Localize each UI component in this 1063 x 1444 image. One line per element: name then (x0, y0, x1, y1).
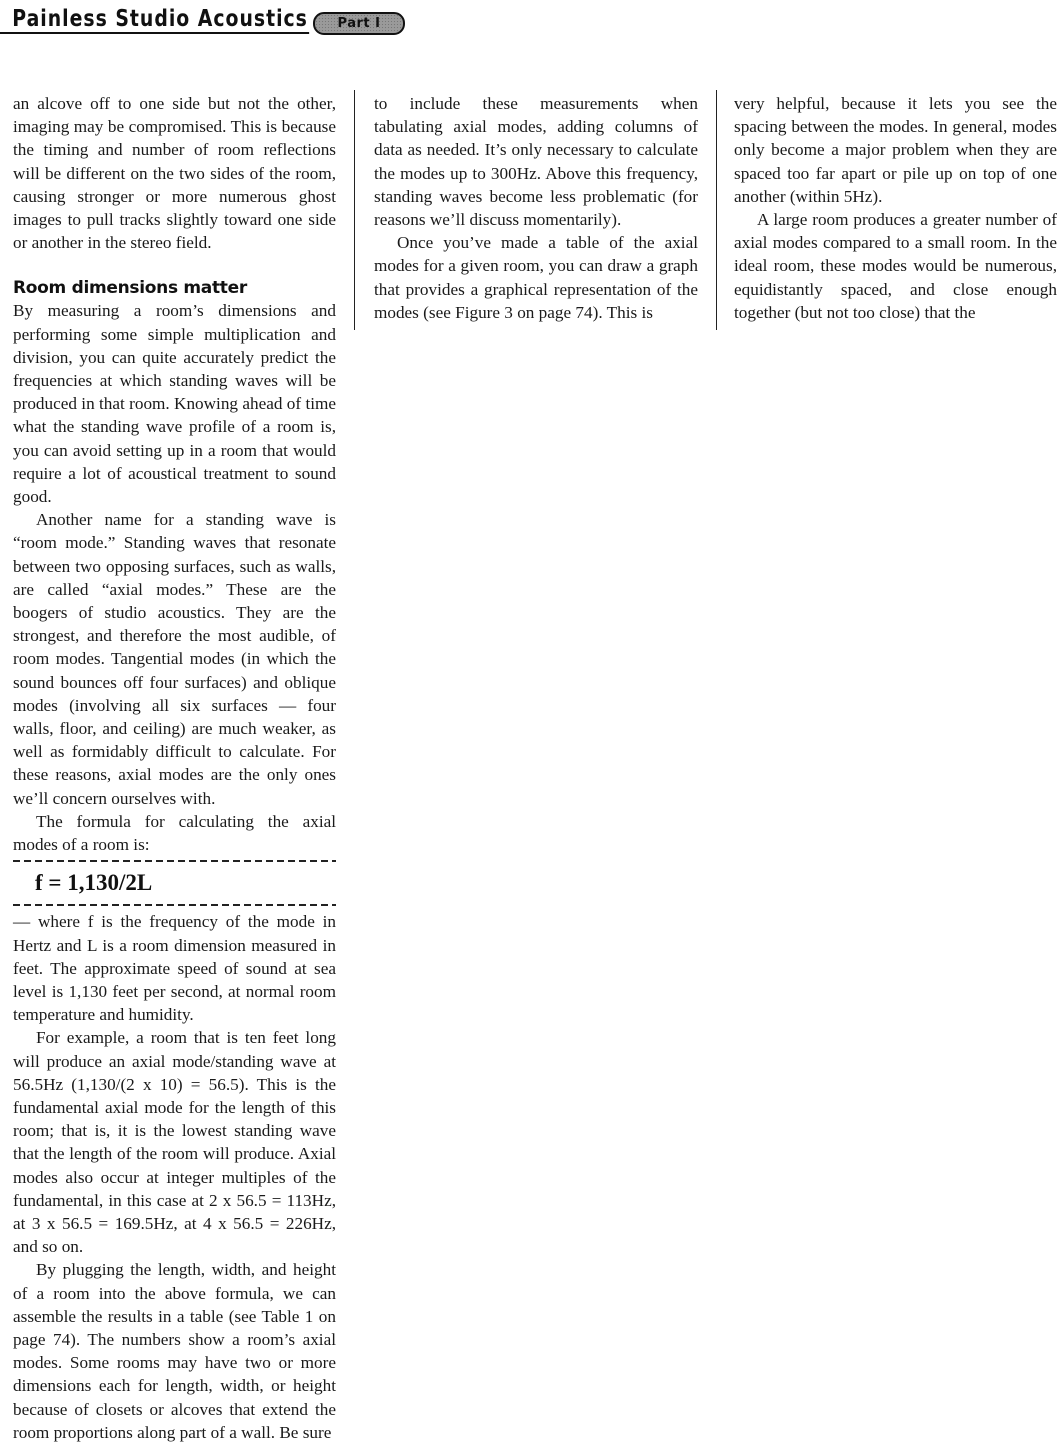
book-title: Painless Studio Acoustics (0, 6, 310, 34)
paragraph: By plugging the length, width, and heigh… (13, 1258, 336, 1444)
paragraph: Another name for a standing wave is “roo… (13, 508, 336, 810)
paragraph: to include these measurements when tabul… (374, 92, 698, 231)
formula-block: f = 1,130/2L (13, 860, 336, 906)
paragraph: an alcove off to one side but not the ot… (13, 92, 336, 254)
part-badge: Part I (313, 12, 405, 35)
section-heading: Room dimensions matter (13, 277, 336, 299)
paragraph: The formula for calculating the axial mo… (13, 810, 336, 856)
text-column-3: very helpful, because it lets you see th… (734, 92, 1057, 324)
paragraph: — where f is the frequency of the mode i… (13, 910, 336, 1026)
paragraph: Once you’ve made a table of the axial mo… (374, 231, 698, 324)
paragraph: very helpful, because it lets you see th… (734, 92, 1057, 208)
paragraph: A large room produces a greater number o… (734, 208, 1057, 324)
formula: f = 1,130/2L (13, 862, 336, 904)
text-column-2: to include these measurements when tabul… (374, 92, 698, 324)
column-divider (354, 90, 355, 330)
paragraph: For example, a room that is ten feet lon… (13, 1026, 336, 1258)
text-column-1: an alcove off to one side but not the ot… (13, 92, 336, 1444)
column-divider (716, 90, 717, 330)
dashed-rule (13, 904, 336, 906)
paragraph: By measuring a room’s dimensions and per… (13, 299, 336, 508)
